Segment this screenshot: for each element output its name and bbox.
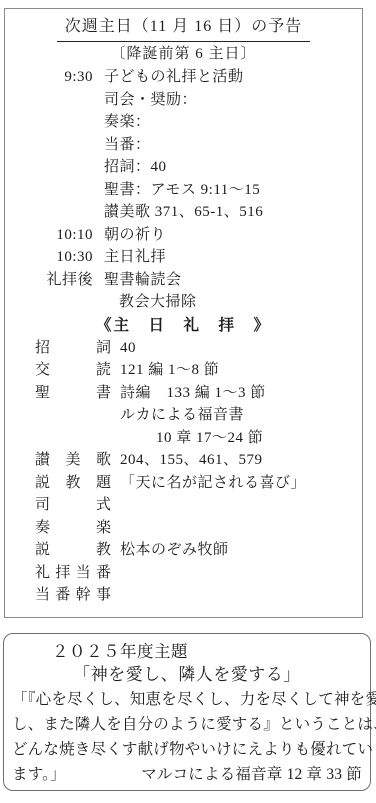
schedule-row: 招詞：40 (5, 156, 362, 179)
service-row-value: 204、155、461、579 (120, 452, 263, 468)
service-row-label: 司式 (35, 494, 111, 517)
schedule-row: 聖書：アモス 9:11～15 (5, 179, 362, 202)
service-row: ルカによる福音書 (5, 404, 362, 427)
annual-theme-box: ２０２５年度主題 「神を愛し、隣人を愛する」 「『心を尽くし、知恵を尽くし、力を… (3, 633, 371, 791)
schedule-text: 教会大掃除 (119, 294, 197, 310)
service-row-value: 詩編 133 編 1～3 節 (120, 385, 266, 401)
service-row-value: ルカによる福音書 (120, 407, 244, 423)
schedule-row: 9:30子どもの礼拝と活動 (5, 66, 362, 89)
service-row: 讃美歌204、155、461、579 (5, 449, 362, 472)
announcement-title: 次週主日（11 月 16 日）の予告 (57, 14, 310, 42)
service-row-label: 聖書 (35, 382, 111, 405)
service-row: 司式 (5, 494, 362, 517)
schedule-row: 礼拝後聖書輪読会 (5, 269, 362, 292)
schedule-row: 当番： (5, 134, 362, 157)
service-row: 招詞40 (5, 337, 362, 360)
schedule-time: 10:10 (43, 224, 93, 247)
service-row-label: 讃美歌 (35, 449, 111, 472)
service-row: 聖書詩編 133 編 1～3 節 (5, 382, 362, 405)
quote-line: し、また隣人を自分のように愛する』ということは、 (12, 712, 362, 737)
schedule-text: 聖書：アモス 9:11～15 (104, 182, 260, 198)
service-row: 当番幹事 (5, 584, 362, 607)
quote-line-end: ます。」 (12, 762, 66, 787)
schedule-time: 10:30 (43, 246, 93, 269)
service-row: 礼拝当番 (5, 562, 362, 585)
service-row-value: 121 編 1～8 節 (120, 362, 219, 378)
schedule-text: 子どもの礼拝と活動 (104, 69, 244, 85)
schedule-row: 司会・奨励： (5, 89, 362, 112)
liturgical-sunday-label: 〔降誕前第 6 主日〕 (5, 43, 362, 66)
scripture-citation: マルコによる福音章 12 章 33 節 (141, 762, 362, 787)
quote-line: どんな焼き尽くす献げ物やいけにえよりも優れてい (12, 737, 362, 762)
service-row: 10 章 17～24 節 (5, 427, 362, 450)
service-row-label: 礼拝当番 (35, 562, 111, 585)
annual-theme-title: 「神を愛し、隣人を愛する」 (12, 663, 362, 687)
schedule-time: 礼拝後 (43, 269, 93, 292)
schedule-text: 聖書輪読会 (104, 272, 182, 288)
service-row: 交読121 編 1～8 節 (5, 359, 362, 382)
service-row-value: 松本のぞみ牧師 (120, 542, 229, 558)
bulletin-page: 次週主日（11 月 16 日）の予告 〔降誕前第 6 主日〕 9:30子どもの礼… (0, 0, 376, 803)
schedule-row: 教会大掃除 (5, 291, 362, 314)
next-week-announcement-box: 次週主日（11 月 16 日）の予告 〔降誕前第 6 主日〕 9:30子どもの礼… (4, 8, 363, 618)
service-row-value: 10 章 17～24 節 (156, 430, 263, 446)
schedule-text: 朝の祈り (104, 227, 166, 243)
service-row: 説教題「天に名が記される喜び」 (5, 472, 362, 495)
schedule-row: 10:10朝の祈り (5, 224, 362, 247)
service-row-value: 「天に名が記される喜び」 (120, 475, 306, 491)
service-row-label: 説教題 (35, 472, 111, 495)
announcement-title-row: 次週主日（11 月 16 日）の予告 (5, 14, 362, 42)
service-row: 奏楽 (5, 517, 362, 540)
service-row-label: 奏楽 (35, 517, 111, 540)
schedule-text: 司会・奨励： (104, 92, 197, 108)
theme-scripture-quote: 「『心を尽くし、知恵を尽くし、力を尽くして神を愛 し、また隣人を自分のように愛す… (12, 687, 362, 787)
service-row-label: 当番幹事 (35, 584, 111, 607)
service-row-label: 招詞 (35, 337, 111, 360)
service-row: 説教松本のぞみ牧師 (5, 539, 362, 562)
schedule-time: 9:30 (43, 66, 93, 89)
schedule-row: 奏楽： (5, 111, 362, 134)
schedule-row: 讃美歌 371、65-1、516 (5, 201, 362, 224)
service-row-label: 説教 (35, 539, 111, 562)
schedule-text: 招詞：40 (104, 159, 167, 175)
quote-last-line: ます。」 マルコによる福音章 12 章 33 節 (12, 762, 362, 787)
annual-theme-heading: ２０２５年度主題 (12, 641, 362, 663)
quote-line: 「『心を尽くし、知恵を尽くし、力を尽くして神を愛 (12, 687, 362, 712)
schedule-row: 10:30主日礼拝 (5, 246, 362, 269)
schedule-text: 当番： (104, 137, 151, 153)
service-row-value: 40 (120, 340, 136, 356)
sunday-service-header: 《主 日 礼 拝 》 (5, 314, 362, 337)
service-row-label: 交読 (35, 359, 111, 382)
schedule-text: 讃美歌 371、65-1、516 (104, 204, 263, 220)
schedule-text: 奏楽： (104, 114, 151, 130)
schedule-text: 主日礼拝 (104, 249, 166, 265)
